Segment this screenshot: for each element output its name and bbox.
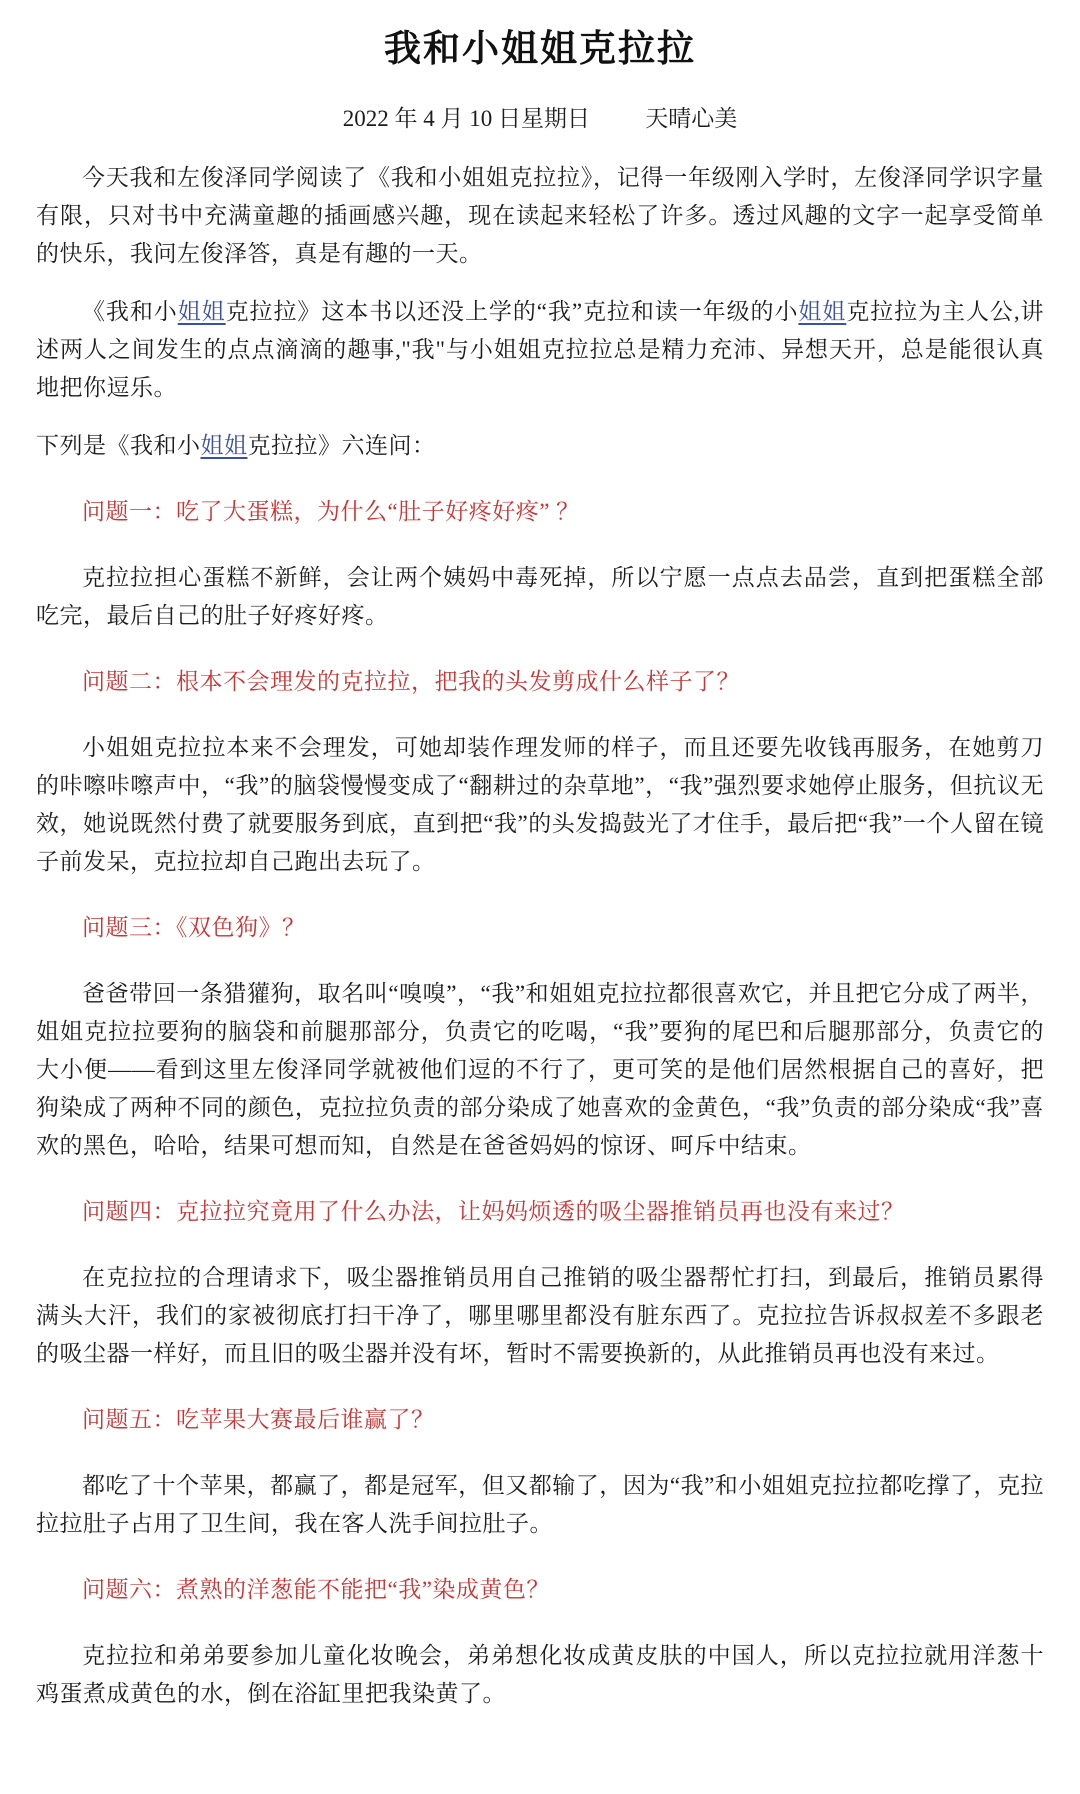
text-run: 今天我和左俊泽同学阅读了《我和小姐姐克拉拉》，记得一年级刚入学时，左俊泽同学识字… [36, 165, 1044, 266]
answer-paragraph: 爸爸带回一条猎獾狗，取名叫“嗅嗅”，“我”和姐姐克拉拉都很喜欢它，并且把它分成了… [36, 975, 1044, 1165]
text-run: 都吃了十个苹果，都赢了，都是冠军，但又都输了，因为“我”和小姐姐克拉拉都吃撑了，… [36, 1473, 1044, 1536]
text-run: 克拉拉》这本书以还没上学的“我”克拉和读一年级的小 [226, 299, 799, 324]
text-run: 在克拉拉的合理请求下，吸尘器推销员用自己推销的吸尘器帮忙打扫，到最后，推销员累得… [36, 1265, 1044, 1366]
underlined-term[interactable]: 姐姐 [798, 299, 846, 324]
answer-paragraph: 小姐姐克拉拉本来不会理发，可她却装作理发师的样子，而且还要先收钱再服务，在她剪刀… [36, 729, 1044, 881]
text-run: 问题四：克拉拉究竟用了什么办法，让妈妈烦透的吸尘器推销员再也没有来过？ [82, 1199, 905, 1224]
text-run: 克拉拉担心蛋糕不新鲜，会让两个姨妈中毒死掉，所以宁愿一点点去品尝，直到把蛋糕全部… [36, 565, 1044, 628]
question-heading: 问题六：煮熟的洋葱能不能把“我”染成黄色？ [36, 1571, 1044, 1609]
underlined-term[interactable]: 姐姐 [201, 433, 248, 458]
document-page: 我和小姐姐克拉拉 2022 年 4 月 10 日星期日天晴心美 今天我和左俊泽同… [0, 0, 1080, 1794]
document-title: 我和小姐姐克拉拉 [36, 18, 1044, 72]
underlined-term[interactable]: 姐姐 [178, 299, 226, 324]
question-heading: 问题二：根本不会理发的克拉拉，把我的头发剪成什么样子了？ [36, 663, 1044, 701]
paragraph: 《我和小姐姐克拉拉》这本书以还没上学的“我”克拉和读一年级的小姐姐克拉拉为主人公… [36, 293, 1044, 407]
answer-paragraph: 在克拉拉的合理请求下，吸尘器推销员用自己推销的吸尘器帮忙打扫，到最后，推销员累得… [36, 1259, 1044, 1373]
answer-paragraph: 克拉拉和弟弟要参加儿童化妆晚会，弟弟想化妆成黄皮肤的中国人，所以克拉拉就用洋葱十… [36, 1637, 1044, 1713]
text-run: 下列是《我和小 [36, 433, 201, 458]
text-run: 爸爸带回一条猎獾狗，取名叫“嗅嗅”，“我”和姐姐克拉拉都很喜欢它，并且把它分成了… [36, 981, 1044, 1158]
text-run: 问题五：吃苹果大赛最后谁赢了？ [82, 1407, 435, 1432]
date-line: 2022 年 4 月 10 日星期日天晴心美 [36, 100, 1044, 133]
answer-paragraph: 都吃了十个苹果，都赢了，都是冠军，但又都输了，因为“我”和小姐姐克拉拉都吃撑了，… [36, 1467, 1044, 1543]
text-run: 问题二：根本不会理发的克拉拉，把我的头发剪成什么样子了？ [82, 669, 740, 694]
text-run: 克拉拉和弟弟要参加儿童化妆晚会，弟弟想化妆成黄皮肤的中国人，所以克拉拉就用洋葱十… [36, 1643, 1044, 1706]
document-body: 今天我和左俊泽同学阅读了《我和小姐姐克拉拉》，记得一年级刚入学时，左俊泽同学识字… [36, 159, 1044, 1713]
text-run: 克拉拉》六连问： [248, 433, 436, 458]
paragraph: 今天我和左俊泽同学阅读了《我和小姐姐克拉拉》，记得一年级刚入学时，左俊泽同学识字… [36, 159, 1044, 273]
text-run: 《我和小 [82, 299, 178, 324]
text-run: 问题六：煮熟的洋葱能不能把“我”染成黄色？ [82, 1577, 550, 1602]
weather-text: 天晴心美 [645, 106, 737, 131]
question-heading: 问题四：克拉拉究竟用了什么办法，让妈妈烦透的吸尘器推销员再也没有来过？ [36, 1193, 1044, 1231]
text-run: 问题三：《双色狗》？ [82, 915, 306, 940]
question-heading: 问题三：《双色狗》？ [36, 909, 1044, 947]
paragraph: 下列是《我和小姐姐克拉拉》六连问： [36, 427, 1044, 465]
question-heading: 问题一：吃了大蛋糕，为什么“肚子好疼好疼” ？ [36, 493, 1044, 531]
text-run: 小姐姐克拉拉本来不会理发，可她却装作理发师的样子，而且还要先收钱再服务，在她剪刀… [36, 735, 1044, 874]
text-run: 问题一：吃了大蛋糕，为什么“肚子好疼好疼” ？ [82, 499, 580, 524]
date-text: 2022 年 4 月 10 日星期日 [343, 106, 590, 131]
answer-paragraph: 克拉拉担心蛋糕不新鲜，会让两个姨妈中毒死掉，所以宁愿一点点去品尝，直到把蛋糕全部… [36, 559, 1044, 635]
question-heading: 问题五：吃苹果大赛最后谁赢了？ [36, 1401, 1044, 1439]
